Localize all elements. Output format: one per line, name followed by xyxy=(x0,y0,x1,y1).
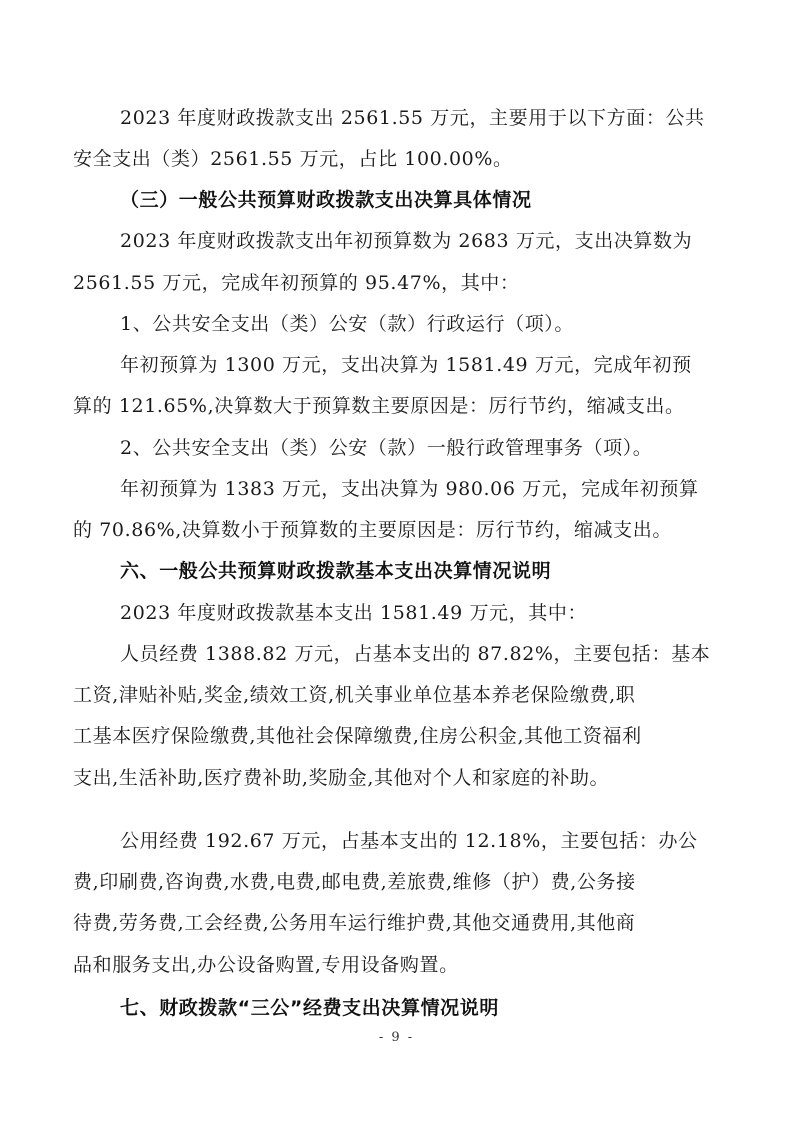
section-heading: 六、一般公共预算财政拨款基本支出决算情况说明 xyxy=(120,559,770,583)
paragraph-line: 待费,劳务费,工会经费,公务用车运行维护费,其他交通费用,其他商 xyxy=(73,911,723,935)
paragraph-line: 工基本医疗保险缴费,其他社会保障缴费,住房公积金,其他工资福利 xyxy=(73,724,723,748)
paragraph-line: 2561.55 万元，完成年初预算的 95.47%，其中： xyxy=(73,271,723,295)
paragraph-line: 人员经费 1388.82 万元，占基本支出的 87.82%，主要包括：基本 xyxy=(120,642,770,666)
paragraph-line: 工资,津贴补贴,奖金,绩效工资,机关事业单位基本养老保险缴费,职 xyxy=(73,683,723,707)
paragraph-line: 2023 年度财政拨款支出 2561.55 万元，主要用于以下方面：公共 xyxy=(120,106,770,130)
paragraph-line: 1、公共安全支出（类）公安（款）行政运行（项）。 xyxy=(120,312,770,336)
paragraph-line: 安全支出（类）2561.55 万元，占比 100.00%。 xyxy=(73,147,723,171)
section-heading: 七、财政拨款“三公”经费支出决算情况说明 xyxy=(120,996,770,1020)
page-number: - 9 - xyxy=(0,1030,793,1045)
section-heading: （三）一般公共预算财政拨款支出决算具体情况 xyxy=(120,188,770,212)
paragraph-line: 算的 121.65%,决算数大于预算数主要原因是：厉行节约，缩减支出。 xyxy=(73,394,723,418)
paragraph-line: 费,印刷费,咨询费,水费,电费,邮电费,差旅费,维修（护）费,公务接 xyxy=(73,870,723,894)
paragraph-line: 2023 年度财政拨款支出年初预算数为 2683 万元，支出决算数为 xyxy=(120,229,770,253)
paragraph-line: 2、公共安全支出（类）公安（款）一般行政管理事务（项）。 xyxy=(120,436,770,460)
paragraph-line: 支出,生活补助,医疗费补助,奖励金,其他对个人和家庭的补助。 xyxy=(73,766,723,790)
paragraph-line: 年初预算为 1383 万元，支出决算为 980.06 万元，完成年初预算 xyxy=(120,477,770,501)
paragraph-line: 品和服务支出,办公设备购置,专用设备购置。 xyxy=(73,953,723,977)
document-page: 2023 年度财政拨款支出 2561.55 万元，主要用于以下方面：公共 安全支… xyxy=(0,0,793,1122)
paragraph-line: 年初预算为 1300 万元，支出决算为 1581.49 万元，完成年初预 xyxy=(120,353,770,377)
paragraph-line: 2023 年度财政拨款基本支出 1581.49 万元，其中： xyxy=(120,601,770,625)
paragraph-line: 的 70.86%,决算数小于预算数的主要原因是：厉行节约，缩减支出。 xyxy=(73,518,723,542)
paragraph-line: 公用经费 192.67 万元，占基本支出的 12.18%，主要包括：办公 xyxy=(120,829,770,853)
